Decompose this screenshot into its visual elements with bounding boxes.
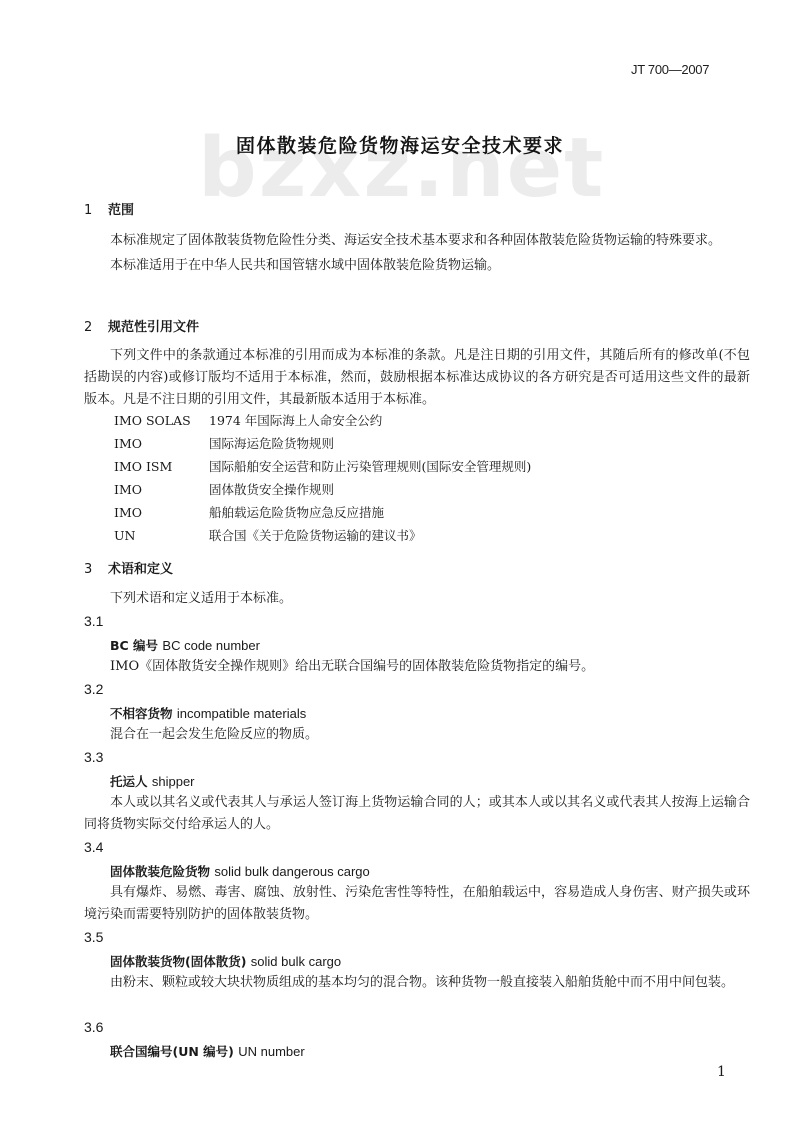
term-name: 固体散装危险货物 solid bulk dangerous cargo — [110, 862, 370, 880]
term-zh: 固体散装危险货物 — [110, 864, 210, 879]
reference-code: IMO — [114, 482, 209, 497]
term-en: shipper — [152, 774, 195, 789]
term-zh: 固体散装货物(固体散货) — [110, 954, 246, 969]
term-definition-block: 具有爆炸、易燃、毒害、腐蚀、放射性、污染危害性等特性，在船舶载运中，容易造成人身… — [84, 882, 750, 926]
term-number: 3.6 — [84, 1019, 103, 1035]
reference-row: IMO SOLAS1974 年国际海上人命安全公约 — [114, 411, 382, 429]
reference-row: UN联合国《关于危险货物运输的建议书》 — [114, 526, 422, 544]
section-1-heading: 1范围 — [84, 199, 134, 218]
reference-row: IMO船舶载运危险货物应急反应措施 — [114, 503, 384, 521]
term-definition-block: 本人或以其名义或代表其人与承运人签订海上货物运输合同的人；或其本人或以其名义或代… — [84, 792, 750, 836]
section-title: 术语和定义 — [108, 562, 173, 577]
section-number: 2 — [84, 320, 108, 335]
term-zh: 不相容货物 — [110, 706, 173, 721]
section-title: 范围 — [108, 203, 134, 218]
term-number: 3.4 — [84, 839, 103, 855]
reference-code: IMO SOLAS — [114, 413, 209, 428]
reference-title: 联合国《关于危险货物运输的建议书》 — [209, 528, 422, 543]
paragraph: 本标准规定了固体散装货物危险性分类、海运安全技术基本要求和各种固体散装危险货物运… — [84, 230, 750, 252]
reference-row: IMO ISM国际船舶安全运营和防止污染管理规则(国际安全管理规则) — [114, 457, 531, 475]
reference-row: IMO国际海运危险货物规则 — [114, 434, 334, 452]
paragraph: 下列文件中的条款通过本标准的引用而成为本标准的条款。凡是注日期的引用文件，其随后… — [84, 345, 750, 411]
term-en: BC code number — [162, 638, 260, 653]
term-number: 3.2 — [84, 681, 103, 697]
reference-code: IMO — [114, 436, 209, 451]
term-name: BC 编号 BC code number — [110, 636, 260, 654]
term-definition: 由粉末、颗粒或较大块状物质组成的基本均匀的混合物。该种货物一般直接装入船舶货舱中… — [84, 972, 750, 994]
section-3-intro: 下列术语和定义适用于本标准。 — [110, 588, 292, 610]
term-name: 固体散装货物(固体散货) solid bulk cargo — [110, 952, 341, 970]
paragraph: 本标准适用于在中华人民共和国管辖水域中固体散装危险货物运输。 — [84, 255, 750, 277]
standard-code: JT 700—2007 — [631, 62, 709, 77]
reference-title: 船舶载运危险货物应急反应措施 — [209, 505, 384, 520]
term-en: solid bulk dangerous cargo — [214, 864, 369, 879]
term-definition: 本人或以其名义或代表其人与承运人签订海上货物运输合同的人；或其本人或以其名义或代… — [84, 792, 750, 836]
reference-code: IMO ISM — [114, 459, 209, 474]
term-number: 3.5 — [84, 929, 103, 945]
term-en: solid bulk cargo — [251, 954, 341, 969]
term-zh: 联合国编号(UN 编号) — [110, 1044, 234, 1059]
term-definition: IMO《固体散货安全操作规则》给出无联合国编号的固体散装危险货物指定的编号。 — [110, 656, 594, 678]
term-en: UN number — [238, 1044, 304, 1059]
section-number: 3 — [84, 562, 108, 577]
reference-code: UN — [114, 528, 209, 543]
section-2-heading: 2规范性引用文件 — [84, 316, 199, 335]
document-title: 固体散装危险货物海运安全技术要求 — [0, 131, 800, 158]
section-2-body: 下列文件中的条款通过本标准的引用而成为本标准的条款。凡是注日期的引用文件，其随后… — [84, 345, 750, 411]
term-zh: BC 编号 — [110, 638, 158, 653]
term-name: 不相容货物 incompatible materials — [110, 704, 306, 722]
reference-title: 1974 年国际海上人命安全公约 — [209, 413, 382, 428]
reference-title: 固体散货安全操作规则 — [209, 482, 334, 497]
term-definition: 具有爆炸、易燃、毒害、腐蚀、放射性、污染危害性等特性，在船舶载运中，容易造成人身… — [84, 882, 750, 926]
term-name: 联合国编号(UN 编号) UN number — [110, 1042, 305, 1060]
reference-title: 国际海运危险货物规则 — [209, 436, 334, 451]
page-number: 1 — [717, 1064, 726, 1080]
section-1-body: 本标准规定了固体散装货物危险性分类、海运安全技术基本要求和各种固体散装危险货物运… — [84, 230, 750, 277]
term-name: 托运人 shipper — [110, 772, 195, 790]
term-number: 3.1 — [84, 613, 103, 629]
term-number: 3.3 — [84, 749, 103, 765]
term-definition-block: 由粉末、颗粒或较大块状物质组成的基本均匀的混合物。该种货物一般直接装入船舶货舱中… — [84, 972, 750, 994]
section-title: 规范性引用文件 — [108, 320, 199, 335]
term-zh: 托运人 — [110, 774, 148, 789]
term-definition: 混合在一起会发生危险反应的物质。 — [110, 724, 318, 746]
term-en: incompatible materials — [177, 706, 306, 721]
section-number: 1 — [84, 203, 108, 218]
reference-title: 国际船舶安全运营和防止污染管理规则(国际安全管理规则) — [209, 459, 531, 474]
reference-row: IMO固体散货安全操作规则 — [114, 480, 334, 498]
reference-code: IMO — [114, 505, 209, 520]
section-3-heading: 3术语和定义 — [84, 558, 173, 577]
